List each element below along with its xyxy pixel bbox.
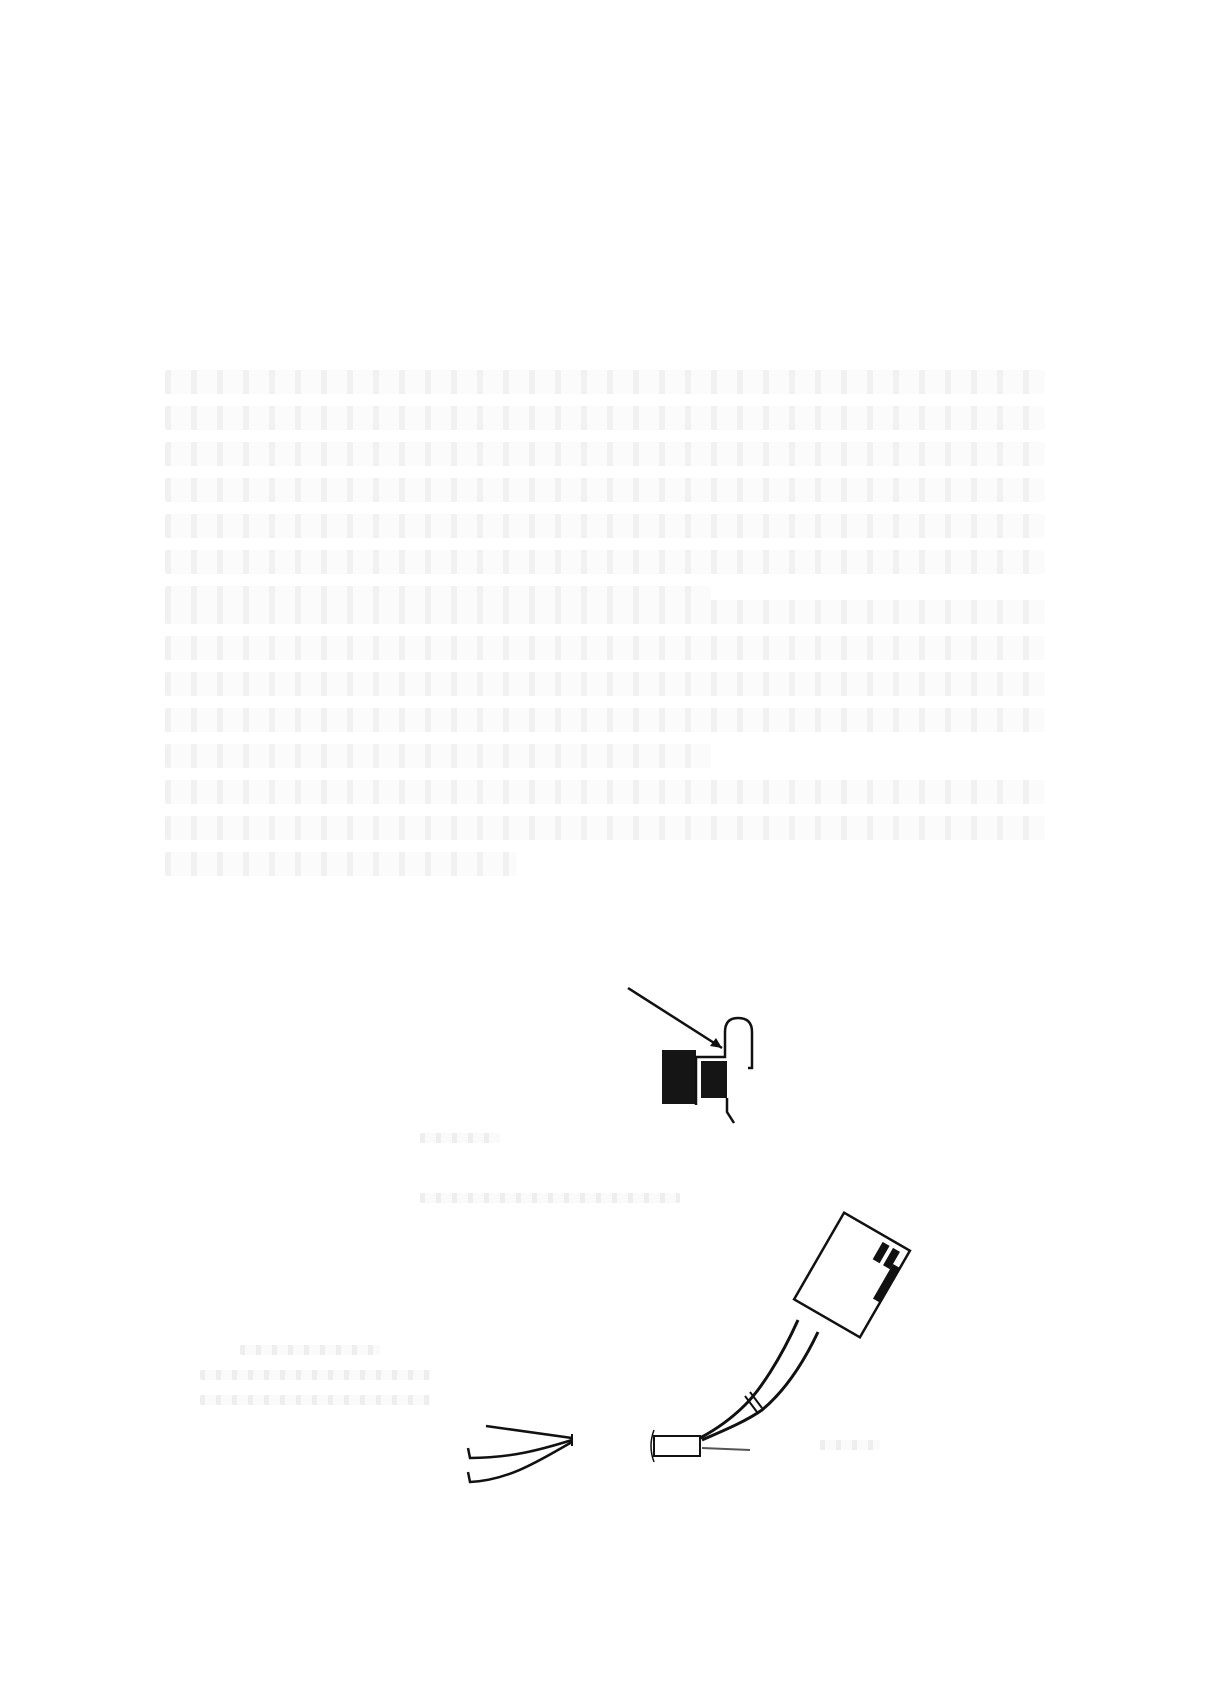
figure-2-label-3 [200, 1395, 430, 1405]
paragraph-2 [165, 600, 1045, 780]
figure-2-label-4 [820, 1440, 880, 1450]
figure-2-label-1 [240, 1345, 380, 1355]
clip-bracket-figure [560, 960, 760, 1140]
paragraph-3 [165, 780, 1045, 888]
wiring-harness-figure [400, 1210, 920, 1510]
paragraph-1 [165, 370, 1045, 622]
figure-1-caption [420, 1133, 500, 1143]
figure-1-note [420, 1193, 680, 1203]
figure-2-label-2 [200, 1370, 430, 1380]
